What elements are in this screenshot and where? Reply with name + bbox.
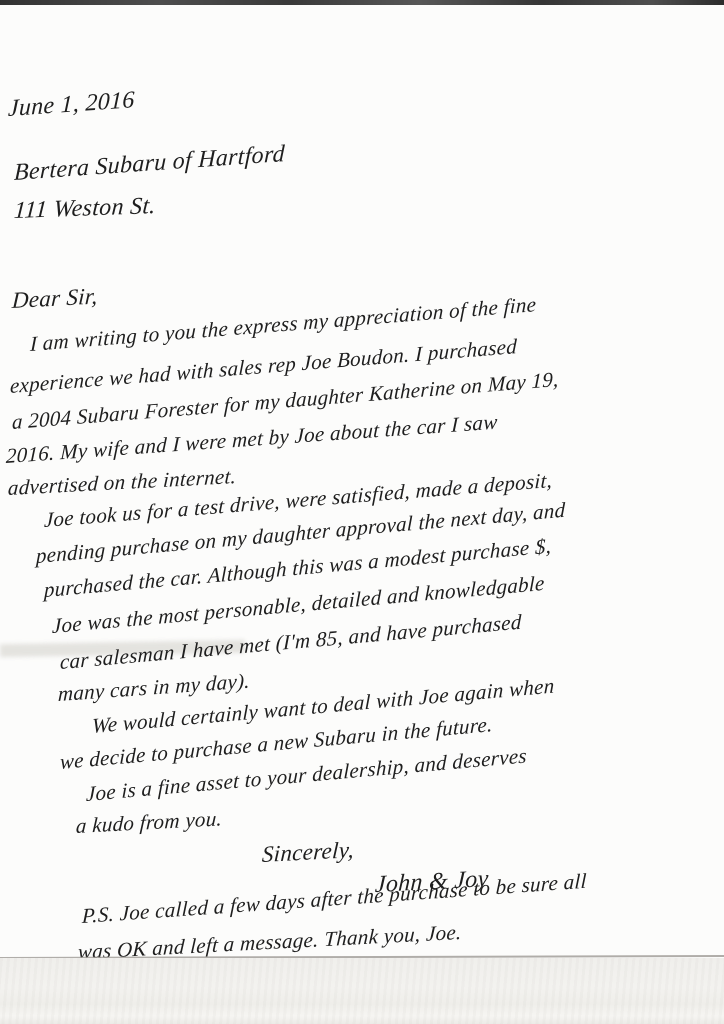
- scanned-letter-page: June 1, 2016 Bertera Subaru of Hartford …: [0, 0, 724, 1024]
- salutation: Dear Sir,: [11, 283, 98, 314]
- closing: Sincerely,: [261, 837, 354, 868]
- postscript-line: P.S. Joe called a few days after the pur…: [82, 869, 588, 929]
- body-line: a kudo from you.: [75, 806, 222, 839]
- scanner-edge-artifact: [0, 0, 724, 5]
- recipient-address: 111 Weston St.: [13, 193, 157, 225]
- scan-bottom-band: [0, 958, 724, 1024]
- recipient-name: Bertera Subaru of Hartford: [14, 141, 286, 187]
- body-line: many cars in my day).: [58, 669, 251, 708]
- letter-date: June 1, 2016: [8, 87, 136, 123]
